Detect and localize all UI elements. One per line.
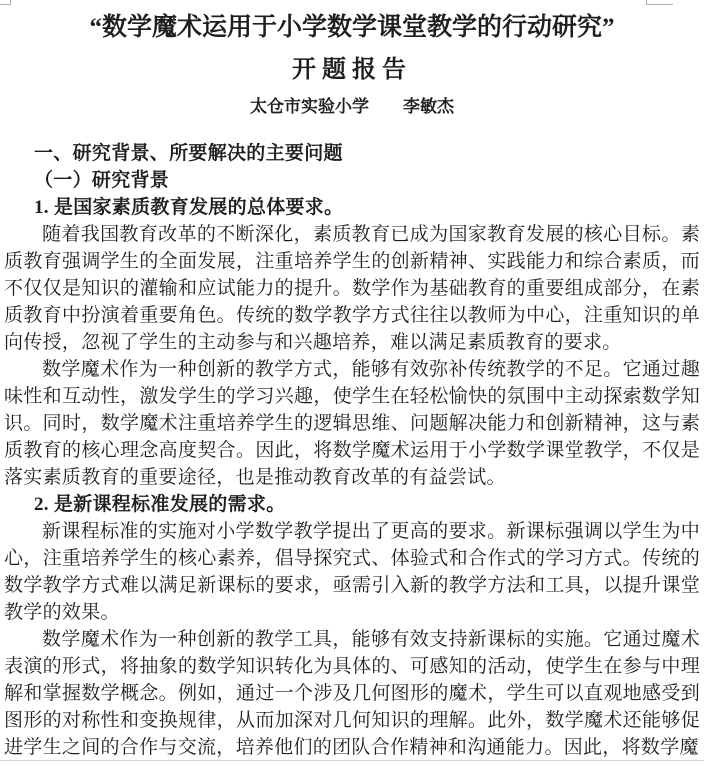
paragraph-quality-education-1: 随着我国教育改革的不断深化，素质教育已成为国家教育发展的核心目标。素质教育强调学… <box>4 221 700 356</box>
doc-subtitle: 开题报告 <box>0 57 704 83</box>
paragraph-new-curriculum-1: 新课程标准的实施对小学数学教学提出了更高的要求。新课标强调以学生为中心，注重培养… <box>4 518 700 626</box>
bottom-divider-line <box>0 760 704 761</box>
document-page: “数学魔术运用于小学数学课堂教学的行动研究” 开题报告 太仓市实验小学 李敏杰 … <box>0 0 704 766</box>
point-heading-quality-education: 1. 是国家素质教育发展的总体要求。 <box>4 194 700 221</box>
paragraph-new-curriculum-2: 数学魔术作为一种创新的教学工具，能够有效支持新课标的实施。它通过魔术表演的形式，… <box>4 626 700 761</box>
doc-title: “数学魔术运用于小学数学课堂教学的行动研究” <box>6 13 698 42</box>
paragraph-quality-education-2: 数学魔术作为一种创新的教学方式，能够有效弥补传统教学的不足。它通过趣味性和互动性… <box>4 356 700 491</box>
document-body: 一、研究背景、所要解决的主要问题 （一）研究背景 1. 是国家素质教育发展的总体… <box>4 140 700 761</box>
subsection-heading-research-background: （一）研究背景 <box>4 167 700 194</box>
point-heading-new-curriculum-standard: 2. 是新课程标准发展的需求。 <box>4 491 700 518</box>
section-heading-research-background-problems: 一、研究背景、所要解决的主要问题 <box>4 140 700 167</box>
text-boundary-mark-top-right <box>646 0 673 5</box>
text-boundary-mark-top-left <box>0 0 11 5</box>
author-line: 太仓市实验小学 李敏杰 <box>0 97 704 116</box>
